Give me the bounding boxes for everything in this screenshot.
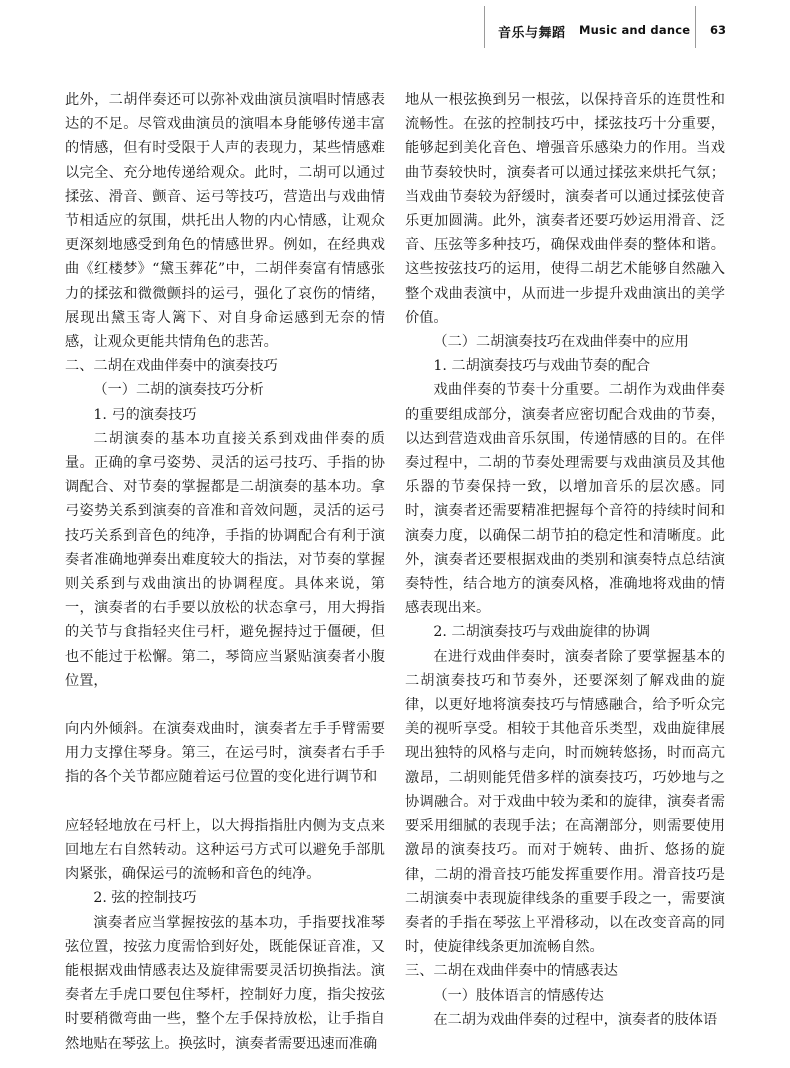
subsubsection-heading: 2. 弦的控制技巧 bbox=[65, 886, 385, 910]
subsubsection-heading: 1. 二胡演奏技巧与戏曲节奏的配合 bbox=[405, 354, 725, 378]
paragraph: 向内外倾斜。在演奏戏曲时，演奏者左手手臂需要用力支撑住琴身。第三，在运弓时，演奏… bbox=[65, 717, 385, 790]
page-number: 63 bbox=[710, 23, 726, 37]
paragraph: 地从一根弦换到另一根弦，以保持音乐的连贯性和流畅性。在弦的控制技巧中，揉弦技巧十… bbox=[405, 88, 725, 330]
paragraph: 在二胡为戏曲伴奏的过程中，演奏者的肢体语 bbox=[405, 1008, 725, 1032]
paragraph: 在进行戏曲伴奏时，演奏者除了要掌握基本的二胡演奏技巧和节奏外，还要深刻了解戏曲的… bbox=[405, 645, 725, 960]
paragraph: 二胡演奏的基本功直接关系到戏曲伴奏的质量。正确的拿弓姿势、灵活的运弓技巧、手指的… bbox=[65, 427, 385, 693]
section-title-en: Music and dance bbox=[579, 23, 690, 37]
right-column: 地从一根弦换到另一根弦，以保持音乐的连贯性和流畅性。在弦的控制技巧中，揉弦技巧十… bbox=[405, 88, 725, 1032]
subsection-heading: （二）二胡演奏技巧在戏曲伴奏中的应用 bbox=[405, 330, 725, 354]
text-gap bbox=[65, 790, 385, 814]
paragraph: 演奏者应当掌握按弦的基本功，手指要找准琴弦位置，按弦力度需恰到好处，既能保证音准… bbox=[65, 911, 385, 1056]
left-column: 此外，二胡伴奏还可以弥补戏曲演员演唱时情感表达的不足。尽管戏曲演员的演唱本身能够… bbox=[65, 88, 385, 1056]
subsubsection-heading: 2. 二胡演奏技巧与戏曲旋律的协调 bbox=[405, 620, 725, 644]
section-heading: 二、二胡在戏曲伴奏中的演奏技巧 bbox=[65, 354, 385, 378]
subsubsection-heading: 1. 弓的演奏技巧 bbox=[65, 403, 385, 427]
header-divider-left bbox=[484, 6, 485, 48]
paragraph: 此外，二胡伴奏还可以弥补戏曲演员演唱时情感表达的不足。尽管戏曲演员的演唱本身能够… bbox=[65, 88, 385, 354]
subsection-heading: （一）肢体语言的情感传达 bbox=[405, 984, 725, 1008]
header-divider-right bbox=[695, 6, 696, 48]
paragraph: 戏曲伴奏的节奏十分重要。二胡作为戏曲伴奏的重要组成部分，演奏者应密切配合戏曲的节… bbox=[405, 378, 725, 620]
section-title-cn: 音乐与舞蹈 bbox=[498, 22, 566, 41]
text-gap bbox=[65, 693, 385, 717]
section-heading: 三、二胡在戏曲伴奏中的情感表达 bbox=[405, 959, 725, 983]
subsection-heading: （一）二胡的演奏技巧分析 bbox=[65, 378, 385, 402]
paragraph: 应轻轻地放在弓杆上，以大拇指指肚内侧为支点来回地左右自然转动。这种运弓方式可以避… bbox=[65, 814, 385, 887]
running-header: 音乐与舞蹈 Music and dance 63 bbox=[0, 0, 790, 60]
